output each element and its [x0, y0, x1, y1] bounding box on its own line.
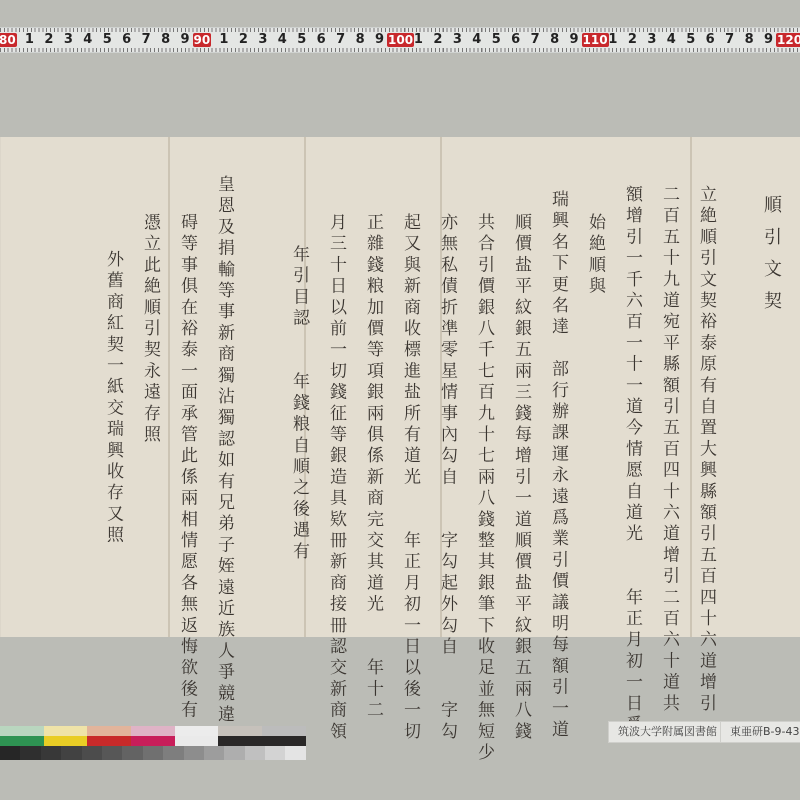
text-column: 皇恩及捐輸等事新商獨沾獨認如有兄弟子姪遠近族人爭競違: [213, 175, 235, 726]
ruler-label: 2: [41, 32, 57, 47]
ruler-label: 4: [663, 32, 679, 47]
text-column: 年引目認 年錢粮自順之後遇有: [288, 245, 310, 563]
ruler-label: 2: [235, 32, 251, 47]
color-swatch: [61, 746, 81, 760]
color-swatch: [175, 726, 219, 736]
ruler-label: 5: [294, 32, 310, 47]
ruler-label: 6: [702, 32, 718, 47]
ruler-label: 6: [508, 32, 524, 47]
library-label: 筑波大学附属図書館: [608, 721, 727, 743]
text-column: 額增引一千六百一十一道今情愿自道光 年正月初一日爲: [621, 185, 643, 736]
color-swatch: [87, 736, 131, 746]
ruler-label: 5: [683, 32, 699, 47]
color-swatch: [87, 726, 131, 736]
color-swatch: [0, 736, 44, 746]
ruler-label: 9: [372, 32, 388, 47]
color-swatch: [265, 746, 285, 760]
color-swatch: [143, 746, 163, 760]
ruler-label: 7: [527, 32, 543, 47]
text-column: 瑞興名下更名達 部行辦課運永遠爲業引價議明每額引一道: [547, 190, 569, 741]
ruler-label: 4: [80, 32, 96, 47]
color-swatch: [175, 736, 219, 746]
text-column: 外舊商紅契一紙交瑞興收存又照: [102, 250, 124, 547]
ruler-label: 8: [352, 32, 368, 47]
color-swatch: [262, 736, 306, 746]
color-swatch: [163, 746, 183, 760]
ruler-label: 90: [193, 33, 212, 47]
ruler-label: 3: [60, 32, 76, 47]
ruler-label: 8: [741, 32, 757, 47]
color-calibration-chart: [0, 726, 306, 772]
ruler-label: 9: [177, 32, 193, 47]
color-swatch: [122, 746, 142, 760]
catalog-label: 東亜研B-9-43 [絶順: [720, 721, 800, 743]
ruler-label: 1: [216, 32, 232, 47]
text-column: 始絶順與: [584, 213, 606, 298]
color-swatch: [262, 726, 306, 736]
text-column: 亦無私債折凖零星情事內勾自 字勾起外勾自 字勾: [436, 213, 458, 743]
text-column: 憑立此絶順引契永遠存照: [139, 213, 161, 446]
ruler-label: 9: [566, 32, 582, 47]
ruler-label: 2: [624, 32, 640, 47]
color-swatch: [218, 726, 262, 736]
color-swatch: [285, 746, 305, 760]
color-swatch: [41, 746, 61, 760]
ruler-label: 7: [138, 32, 154, 47]
color-swatch: [44, 726, 88, 736]
ruler-label: 7: [333, 32, 349, 47]
ruler-label: 120: [776, 33, 800, 47]
color-swatch: [224, 746, 244, 760]
ruler-label: 3: [449, 32, 465, 47]
color-swatch: [0, 746, 20, 760]
measuring-ruler: 8012345678990123456789100123456789110123…: [0, 27, 800, 53]
text-column: 立絶順引文契裕泰原有自置大興縣額引五百四十六道增引: [695, 185, 717, 715]
text-column: 起又與新商收標進盐所有道光 年正月初一日以後一切: [399, 213, 421, 743]
text-column: 月三十日以前一切錢征等銀造具欵冊新商接冊認交新商領: [325, 213, 347, 743]
text-column: 碍等事俱在裕泰一面承管此係兩相情愿各無返悔欲後有: [176, 213, 198, 722]
color-swatch: [82, 746, 102, 760]
ruler-label: 6: [119, 32, 135, 47]
ruler-label: 8: [547, 32, 563, 47]
ruler-label: 5: [488, 32, 504, 47]
ruler-label: 1: [21, 32, 37, 47]
ruler-label: 7: [722, 32, 738, 47]
ruler-label: 1: [410, 32, 426, 47]
document-paper: 順引文契 立絶順引文契裕泰原有自置大興縣額引五百四十六道增引二百五十九道宛平縣額…: [0, 137, 800, 637]
ruler-label: 6: [313, 32, 329, 47]
color-swatch: [218, 736, 262, 746]
color-swatch: [131, 736, 175, 746]
ruler-label: 4: [469, 32, 485, 47]
ruler-label: 2: [430, 32, 446, 47]
ruler-label: 9: [761, 32, 777, 47]
text-column: 正雜錢粮加價等項銀兩俱係新商完交其道光 年十二: [362, 213, 384, 722]
ruler-label: 3: [644, 32, 660, 47]
text-column: 共合引價銀八千七百九十七兩八錢整其銀筆下收足並無短少: [473, 213, 495, 764]
ruler-label: 8: [158, 32, 174, 47]
document-title: 順引文契: [760, 195, 782, 323]
color-swatch: [0, 726, 44, 736]
ruler-label: 1: [605, 32, 621, 47]
ruler-label: 3: [255, 32, 271, 47]
color-swatch: [245, 746, 265, 760]
text-column: 二百五十九道宛平縣額引五百四十六道增引二百六十道共: [658, 185, 680, 715]
color-swatch: [102, 746, 122, 760]
color-swatch: [204, 746, 224, 760]
color-swatch: [131, 726, 175, 736]
ruler-label: 4: [274, 32, 290, 47]
color-swatch: [184, 746, 204, 760]
paper-seam: [168, 137, 170, 637]
text-column: 順價盐平紋銀五兩三錢每增引一道順價盐平紋銀五兩八錢: [510, 213, 532, 743]
paper-seam: [690, 137, 692, 637]
ruler-label: 5: [99, 32, 115, 47]
ruler-label: 80: [0, 33, 17, 47]
color-swatch: [20, 746, 40, 760]
ruler-ticks-bottom: [0, 48, 800, 52]
color-swatch: [44, 736, 88, 746]
